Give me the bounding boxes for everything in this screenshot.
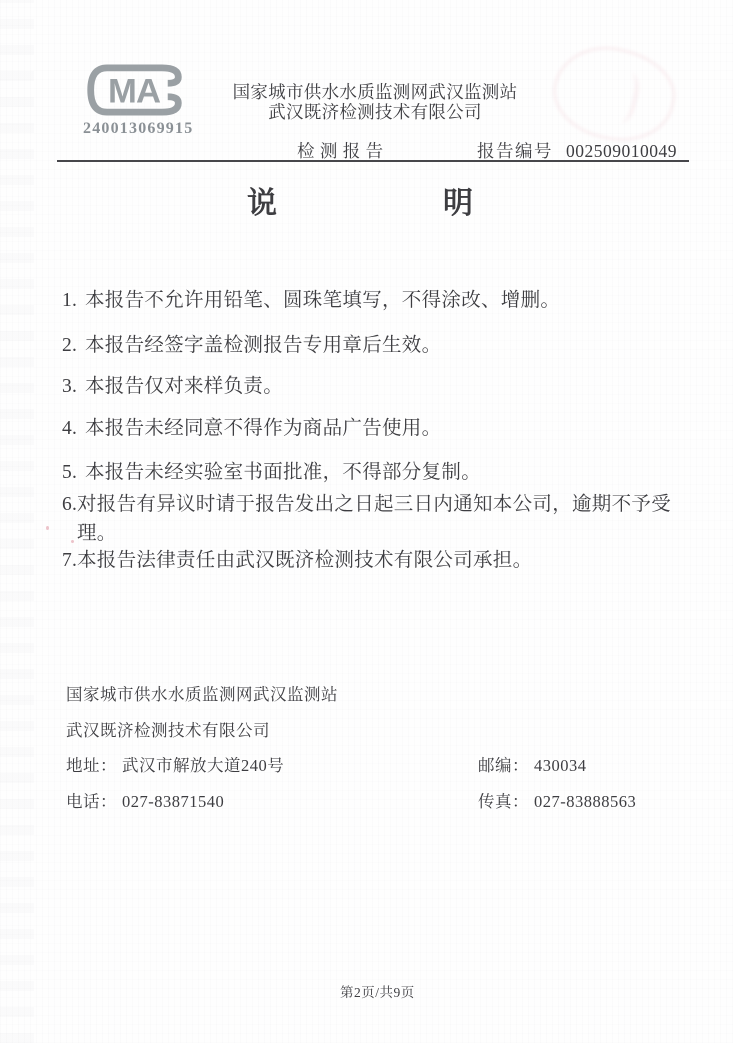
fax-value: 027-83888563 xyxy=(534,792,636,811)
note-text: 本报告经签字盖检测报告专用章后生效。 xyxy=(85,331,441,360)
note-item-7: 7. 本报告法律责任由武汉既济检测技术有限公司承担。 xyxy=(62,546,532,575)
note-number: 4. xyxy=(62,414,85,443)
page-title: 说 明 xyxy=(247,187,473,220)
contact-org-line2: 武汉既济检测技术有限公司 xyxy=(66,717,270,741)
scanned-report-page: MA 240013069915 国家城市供水水质监测网武汉监测站 武汉既济检测技… xyxy=(0,0,733,1043)
note-item-3: 3. 本报告仅对来样负责。 xyxy=(62,372,283,401)
note-item-2: 2. 本报告经签字盖检测报告专用章后生效。 xyxy=(62,331,441,360)
note-text: 本报告不允许用铅笔、圆珠笔填写，不得涂改、增删。 xyxy=(85,286,560,315)
contact-fax: 传真：027-83888563 xyxy=(478,788,636,812)
report-number-label: 报告编号 xyxy=(477,141,553,161)
phone-value: 027-83871540 xyxy=(122,792,224,811)
note-item-4: 4. 本报告未经同意不得作为商品广告使用。 xyxy=(62,414,441,443)
postcode-label: 邮编： xyxy=(478,756,529,775)
fax-label: 传真： xyxy=(478,792,529,811)
note-text: 本报告仅对来样负责。 xyxy=(85,372,283,401)
scan-edge-noise xyxy=(0,0,34,1043)
header-org-block: 国家城市供水水质监测网武汉监测站 武汉既济检测技术有限公司 xyxy=(165,82,585,122)
scan-speck xyxy=(46,526,49,530)
note-item-5: 5. 本报告未经实验室书面批准，不得部分复制。 xyxy=(62,458,481,487)
cma-cert-number: 240013069915 xyxy=(83,120,202,138)
address-label: 地址： xyxy=(66,756,117,775)
contact-postcode: 邮编：430034 xyxy=(478,752,587,776)
note-text: 本报告未经实验室书面批准，不得部分复制。 xyxy=(85,458,481,487)
address-value: 武汉市解放大道240号 xyxy=(122,756,284,775)
note-text: 本报告未经同意不得作为商品广告使用。 xyxy=(85,414,441,443)
contact-phone: 电话：027-83871540 xyxy=(66,788,224,812)
phone-label: 电话： xyxy=(66,792,117,811)
report-number-value: 002509010049 xyxy=(566,141,677,161)
note-number: 6. xyxy=(62,490,77,519)
note-number: 5. xyxy=(62,458,85,487)
note-number: 1. xyxy=(62,286,85,315)
note-text: 本报告法律责任由武汉既济检测技术有限公司承担。 xyxy=(77,546,532,575)
page-title-char-right: 明 xyxy=(443,187,473,220)
note-number: 3. xyxy=(62,372,85,401)
page-title-char-left: 说 xyxy=(247,187,277,220)
header-divider xyxy=(57,160,689,162)
note-item-6: 6. 对报告有异议时请于报告发出之日起三日内通知本公司，逾期不予受理。 xyxy=(62,490,697,548)
contact-address: 地址：武汉市解放大道240号 xyxy=(66,752,284,776)
page-indicator: 第2页/共9页 xyxy=(340,981,415,1001)
note-number: 7. xyxy=(62,546,77,575)
cma-letters: MA xyxy=(108,73,161,111)
contact-org-line1: 国家城市供水水质监测网武汉监测站 xyxy=(66,681,338,705)
note-item-1: 1. 本报告不允许用铅笔、圆珠笔填写，不得涂改、增删。 xyxy=(62,286,560,315)
header-org-line2: 武汉既济检测技术有限公司 xyxy=(165,102,585,122)
header-org-line1: 国家城市供水水质监测网武汉监测站 xyxy=(165,82,585,102)
note-number: 2. xyxy=(62,331,85,360)
note-text: 对报告有异议时请于报告发出之日起三日内通知本公司，逾期不予受理。 xyxy=(77,490,697,548)
postcode-value: 430034 xyxy=(534,756,587,775)
